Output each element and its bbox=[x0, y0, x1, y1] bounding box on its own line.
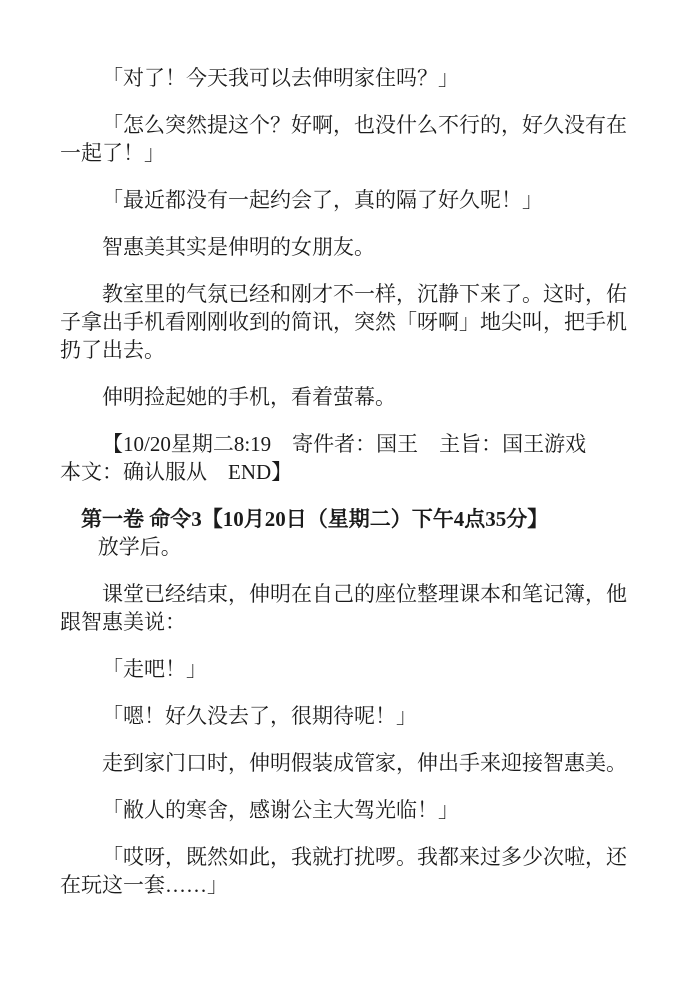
text-line: 「嗯！好久没去了，很期待呢！」 bbox=[102, 704, 417, 728]
text-line: 「哎呀，既然如此，我就打扰啰。我都来过多少次啦，还 bbox=[102, 845, 627, 869]
text-line: 放学后。 bbox=[98, 535, 182, 559]
text-line: 走到家门口时，伸明假装成管家，伸出手来迎接智惠美。 bbox=[102, 751, 627, 775]
chapter-heading: 第一卷 命令3【10月20日（星期二）下午4点35分】 bbox=[60, 505, 650, 533]
paragraph-narration: 伸明捡起她的手机，看着萤幕。 bbox=[60, 383, 650, 411]
text-line: 「最近都没有一起约会了，真的隔了好久呢！」 bbox=[102, 188, 543, 212]
sms-message: 【10/20星期二8:19 寄件者：国王 主旨：国王游戏本文：确认服从 END】 bbox=[60, 430, 650, 486]
text-line: 扔了出去。 bbox=[60, 338, 165, 362]
text-line: 「走吧！」 bbox=[102, 657, 207, 681]
paragraph-narration: 走到家门口时，伸明假装成管家，伸出手来迎接智惠美。 bbox=[60, 749, 650, 777]
paragraph-narration: 课堂已经结束，伸明在自己的座位整理课本和笔记簿，他跟智惠美说： bbox=[60, 580, 650, 636]
text-line: 在玩这一套……」 bbox=[60, 873, 228, 897]
text-line: 伸明捡起她的手机，看着萤幕。 bbox=[102, 385, 396, 409]
paragraph-dialogue: 「最近都没有一起约会了，真的隔了好久呢！」 bbox=[60, 186, 650, 214]
text-line: 本文：确认服从 END】 bbox=[60, 460, 292, 484]
paragraph-dialogue: 「怎么突然提这个？好啊，也没什么不行的，好久没有在一起了！」 bbox=[60, 111, 650, 167]
text-line: 「敝人的寒舍，感谢公主大驾光临！」 bbox=[102, 798, 459, 822]
text-line: 第一卷 命令3【10月20日（星期二）下午4点35分】 bbox=[81, 507, 548, 531]
text-line: 课堂已经结束，伸明在自己的座位整理课本和笔记簿，他 bbox=[102, 582, 627, 606]
paragraph-dialogue: 「走吧！」 bbox=[60, 655, 650, 683]
text-line: 跟智惠美说： bbox=[60, 610, 186, 634]
text-line: 教室里的气氛已经和刚才不一样，沉静下来了。这时，佑 bbox=[102, 282, 627, 306]
paragraph-dialogue: 「嗯！好久没去了，很期待呢！」 bbox=[60, 702, 650, 730]
scene-subheading: 放学后。 bbox=[60, 533, 650, 561]
paragraph-narration: 智惠美其实是伸明的女朋友。 bbox=[60, 233, 650, 261]
paragraph-dialogue: 「敝人的寒舍，感谢公主大驾光临！」 bbox=[60, 796, 650, 824]
paragraph-dialogue: 「哎呀，既然如此，我就打扰啰。我都来过多少次啦，还在玩这一套……」 bbox=[60, 843, 650, 899]
text-line: 智惠美其实是伸明的女朋友。 bbox=[102, 235, 375, 259]
text-line: 子拿出手机看刚刚收到的简讯，突然「呀啊」地尖叫，把手机 bbox=[60, 310, 627, 334]
text-line: 「怎么突然提这个？好啊，也没什么不行的，好久没有在 bbox=[102, 113, 627, 137]
text-line: 【10/20星期二8:19 寄件者：国王 主旨：国王游戏 bbox=[102, 432, 586, 456]
text-line: 一起了！」 bbox=[60, 141, 165, 165]
text-line: 「对了！今天我可以去伸明家住吗？」 bbox=[102, 66, 459, 90]
paragraph-dialogue: 「对了！今天我可以去伸明家住吗？」 bbox=[60, 64, 650, 92]
novel-page: 「对了！今天我可以去伸明家住吗？」 「怎么突然提这个？好啊，也没什么不行的，好久… bbox=[0, 0, 700, 992]
paragraph-narration: 教室里的气氛已经和刚才不一样，沉静下来了。这时，佑子拿出手机看刚刚收到的简讯，突… bbox=[60, 280, 650, 364]
